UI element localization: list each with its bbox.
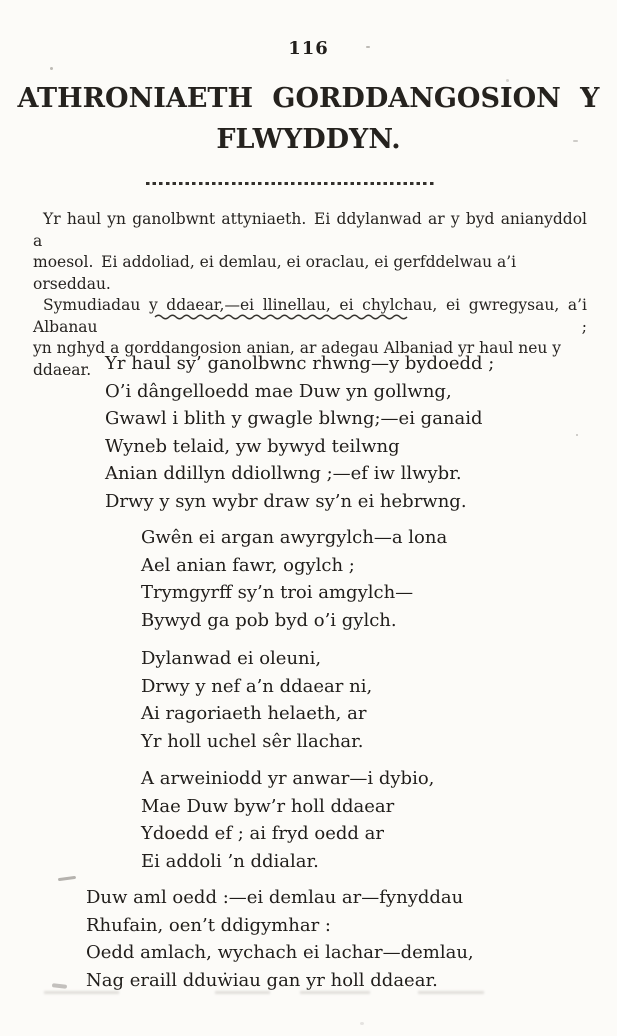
chapter-title-line1: ATHRONIAETH GORDDANGOSION Y (0, 84, 617, 114)
poem-line: Dylanwad ei oleuni, (141, 645, 372, 673)
ghost-text-fragment (300, 991, 370, 994)
ghost-text-fragment (418, 991, 484, 994)
ghost-text-fragment (44, 991, 119, 994)
poem-line: Ydoedd ef ; ai fryd oedd ar (141, 820, 434, 848)
scan-speck (506, 79, 509, 82)
poem-stanza-4: A arweiniodd yr anwar—i dybio, Mae Duw b… (141, 765, 434, 875)
poem-line: Bywyd ga pob byd o’i gylch. (141, 607, 447, 635)
page-number: 116 (0, 38, 617, 59)
poem-line: Gwawl i blith y gwagle blwng;—ei ganaid (105, 405, 494, 433)
scan-speck (576, 434, 578, 436)
poem-line: Anian ddillyn ddiollwng ;—ef iw llwybr. (105, 460, 494, 488)
poem-line: Gwên ei argan awyrgylch—a lona (141, 524, 447, 552)
scan-speck (50, 67, 53, 70)
poem-line: Yr holl uchel sêr llachar. (141, 728, 372, 756)
wavy-divider (154, 312, 408, 321)
poem-line: Mae Duw byw’r holl ddaear (141, 793, 434, 821)
poem-stanza-1: Yr haul sy’ ganolbwnc rhwng—y bydoedd ; … (105, 350, 494, 515)
book-page: 116 ATHRONIAETH GORDDANGOSION Y FLWYDDYN… (0, 0, 617, 1036)
ghost-text-fragment (215, 991, 270, 994)
poem-line: Wyneb telaid, yw bywyd teilwng (105, 433, 494, 461)
scan-edge-mark (52, 983, 67, 989)
poem-line: Yr haul sy’ ganolbwnc rhwng—y bydoedd ; (105, 350, 494, 378)
scan-edge-mark (58, 876, 76, 881)
poem-line: Trymgyrff sy’n troi amgylch— (141, 579, 447, 607)
poem-stanza-3: Dylanwad ei oleuni, Drwy y nef a’n ddaea… (141, 645, 372, 755)
poem-line: Nag eraill dduẇiau gan yr holl ddaear. (86, 967, 474, 995)
argument-line: moesol. Ei addoliad, ei demlau, ei oracl… (33, 252, 587, 295)
poem-line: Drwy y nef a’n ddaear ni, (141, 673, 372, 701)
argument-line: Yr haul yn ganolbwnt attyniaeth. Ei ddyl… (33, 209, 587, 252)
poem-line: A arweiniodd yr anwar—i dybio, (141, 765, 434, 793)
poem-stanza-5: Duw aml oedd :—ei demlau ar—fynyddau Rhu… (86, 884, 474, 994)
chapter-title-line2: FLWYDDYN. (0, 125, 617, 155)
poem-line: Drwy y syn wybr draw sy’n ei hebrwng. (105, 488, 494, 516)
poem-line: Ei addoli ’n ddialar. (141, 848, 434, 876)
scan-speck (360, 1022, 364, 1025)
poem-line: Duw aml oedd :—ei demlau ar—fynyddau (86, 884, 474, 912)
dotted-divider (146, 182, 434, 185)
poem-line: Ai ragoriaeth helaeth, ar (141, 700, 372, 728)
scan-speck (573, 140, 578, 142)
poem-line: O’i dângelloedd mae Duw yn gollwng, (105, 378, 494, 406)
poem-line: Rhufain, oen’t ddigymhar : (86, 912, 474, 940)
scan-speck (366, 46, 370, 48)
poem-line: Oedd amlach, wychach ei lachar—demlau, (86, 939, 474, 967)
poem-stanza-2: Gwên ei argan awyrgylch—a lona Ael anian… (141, 524, 447, 634)
poem-line: Ael anian fawr, ogylch ; (141, 552, 447, 580)
